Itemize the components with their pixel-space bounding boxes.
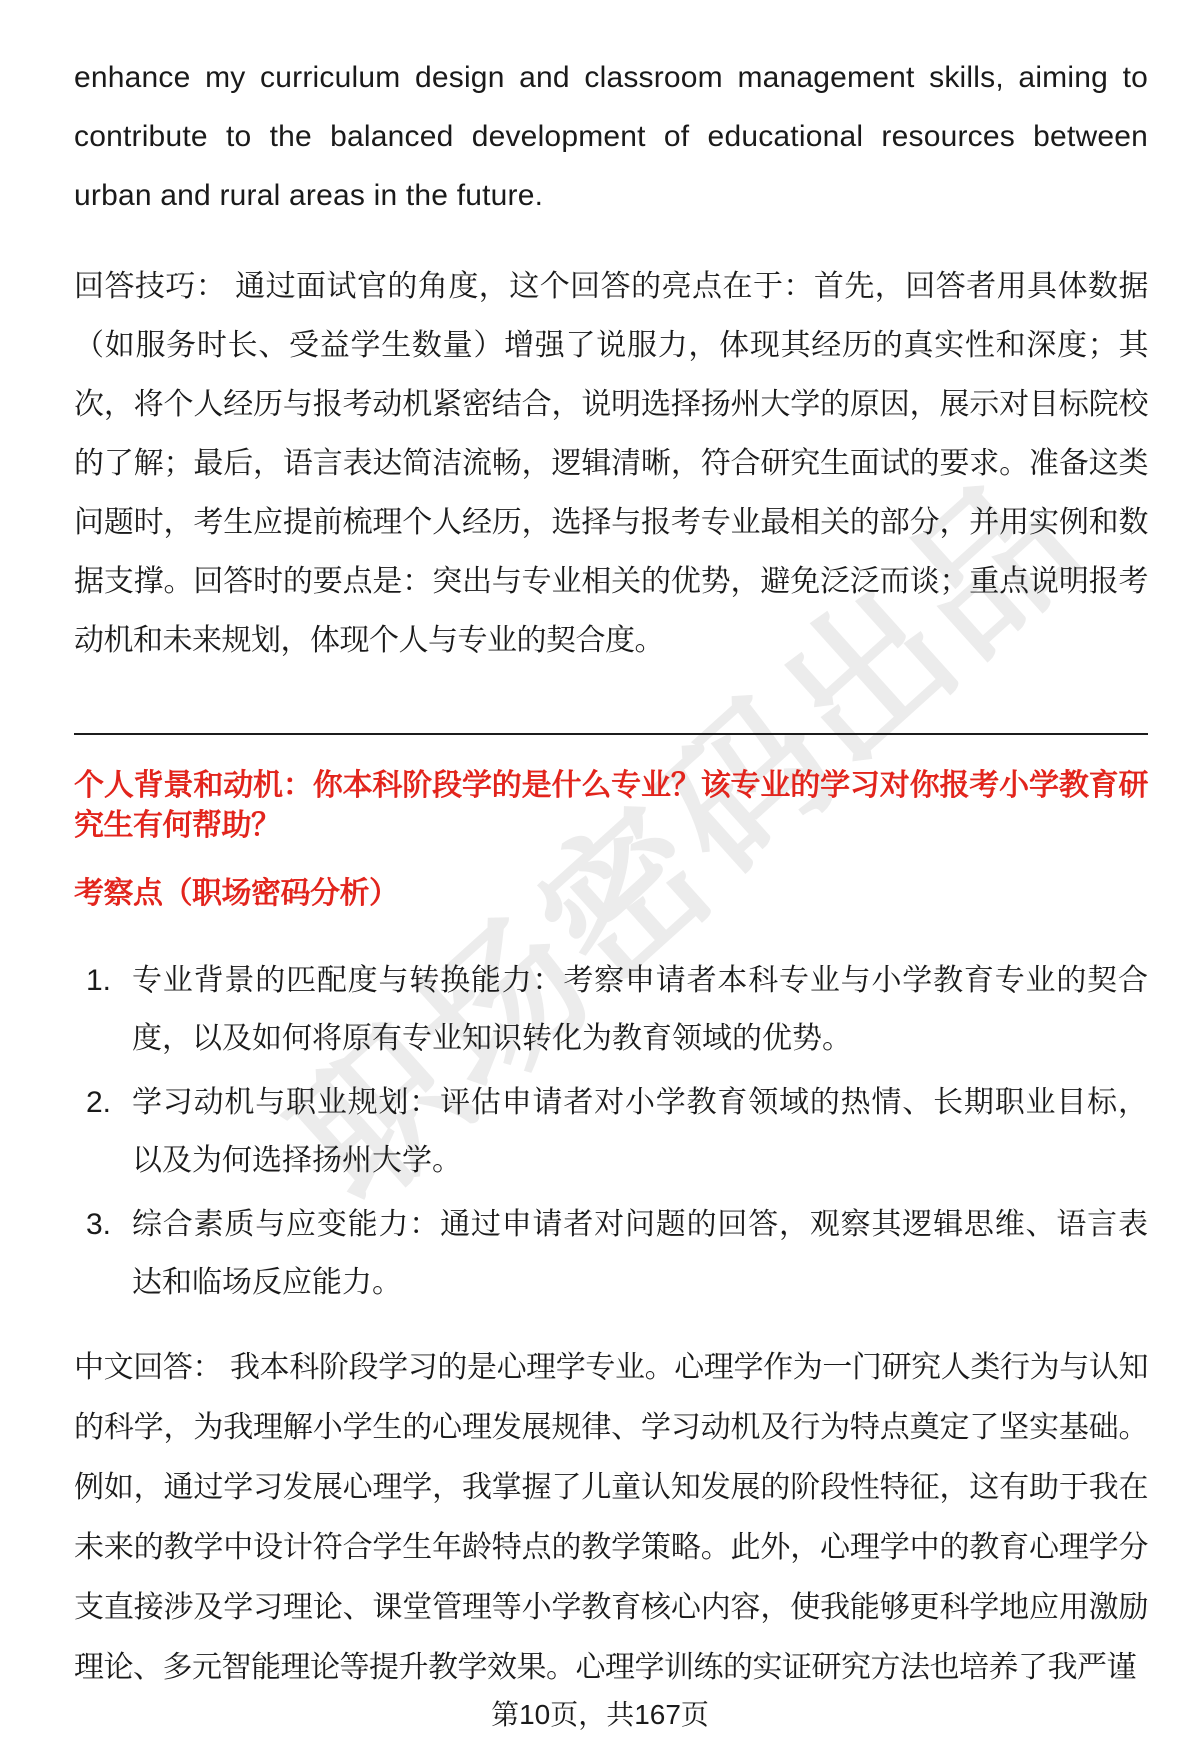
answer-tips-paragraph: 回答技巧： 通过面试官的角度，这个回答的亮点在于：首先，回答者用具体数据（如服务… [74,257,1148,670]
exam-point-number: 2. [74,1074,132,1190]
exam-point-text: 综合素质与应变能力：通过申请者对问题的回答，观察其逻辑思维、语言表达和临场反应能… [132,1196,1148,1312]
exam-point-text: 专业背景的匹配度与转换能力：考察申请者本科专业与小学教育专业的契合度，以及如何将… [132,952,1148,1068]
section-divider [74,733,1148,735]
exam-points-heading: 考察点（职场密码分析） [74,874,1148,914]
chinese-answer-paragraph: 中文回答： 我本科阶段学习的是心理学专业。心理学作为一门研究人类行为与认知的科学… [74,1338,1148,1698]
page-content: enhance my curriculum design and classro… [0,0,1200,1698]
exam-point-item: 1. 专业背景的匹配度与转换能力：考察申请者本科专业与小学教育专业的契合度，以及… [74,952,1148,1068]
interview-question-heading: 个人背景和动机：你本科阶段学的是什么专业？该专业的学习对你报考小学教育研究生有何… [74,766,1148,846]
exam-point-item: 2. 学习动机与职业规划：评估申请者对小学教育领域的热情、长期职业目标，以及为何… [74,1074,1148,1190]
document-page: 职场密码出品 enhance my curriculum design and … [0,0,1200,1755]
exam-point-number: 1. [74,952,132,1068]
exam-point-item: 3. 综合素质与应变能力：通过申请者对问题的回答，观察其逻辑思维、语言表达和临场… [74,1196,1148,1312]
exam-point-number: 3. [74,1196,132,1312]
page-number: 第10页，共167页 [0,1693,1200,1733]
exam-point-text: 学习动机与职业规划：评估申请者对小学教育领域的热情、长期职业目标，以及为何选择扬… [132,1074,1148,1190]
english-paragraph-continuation: enhance my curriculum design and classro… [74,48,1148,225]
exam-points-list: 1. 专业背景的匹配度与转换能力：考察申请者本科专业与小学教育专业的契合度，以及… [74,952,1148,1312]
